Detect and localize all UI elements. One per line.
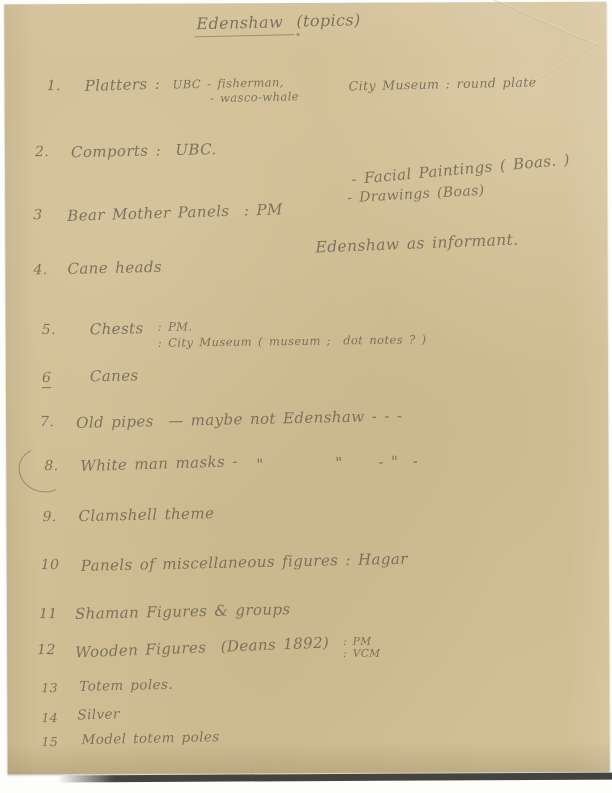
list-item: Totem poles.: [79, 677, 173, 695]
underlined-number: 6: [42, 370, 51, 388]
item-number: 10: [41, 557, 60, 573]
item-number: 6: [42, 370, 51, 386]
item-number: 13: [41, 680, 58, 695]
list-item: Silver: [77, 706, 120, 723]
list-item: Bear Mother Panels : PM: [67, 200, 283, 225]
item-number: 7.: [40, 414, 54, 430]
item-note: : PM: [343, 636, 371, 648]
page-title: Edenshaw: [196, 12, 283, 33]
item-note: - wasco-whale: [210, 89, 299, 105]
list-item: Shaman Figures & groups: [75, 600, 291, 623]
list-item: Clamshell theme: [78, 504, 214, 525]
scanned-page: Edenshaw (topics) 1. Platters : UBC - fi…: [0, 0, 612, 793]
list-item: White man masks -: [80, 452, 238, 475]
item-number: 5.: [42, 322, 56, 338]
list-item: Comports : UBC.: [71, 140, 217, 161]
side-note-informant: Edenshaw as informant.: [315, 231, 519, 257]
item-number: 4.: [33, 262, 47, 278]
item-number: 1.: [47, 78, 61, 94]
item-note: : PM.: [158, 319, 193, 333]
paper-sheet: Edenshaw (topics) 1. Platters : UBC - fi…: [4, 2, 609, 775]
title-underline-dot: [296, 33, 299, 36]
item-number: 15: [42, 734, 59, 749]
list-item: Wooden Figures (Deans 1892): [75, 633, 330, 661]
list-item: Model totem poles: [81, 729, 219, 748]
list-item: Old pipes — maybe not Edenshaw - - -: [76, 407, 403, 432]
item-number: 8.: [44, 458, 58, 474]
circle-annotation: [13, 442, 74, 499]
title-underline: [194, 34, 294, 37]
crease-mark: [487, 0, 598, 46]
item-note: : VCM: [343, 648, 380, 660]
scan-shadow: [58, 773, 612, 783]
list-item: Platters :: [84, 75, 160, 95]
item-number: 3: [33, 207, 42, 223]
page-title-topics: (topics): [296, 10, 361, 30]
list-item: Chests: [90, 319, 144, 338]
list-item: Cane heads: [67, 258, 162, 278]
item-number: 11: [39, 606, 58, 622]
item-number: 9.: [43, 509, 57, 525]
crease-mark: [530, 42, 600, 84]
ditto-marks: " " - " -: [256, 452, 418, 474]
item-note: : City Museum ( museum ; dot notes ? ): [158, 332, 427, 350]
list-item: Panels of miscellaneous figures : Hagar: [81, 550, 408, 575]
item-number: 2.: [35, 144, 49, 160]
item-number: 12: [37, 642, 56, 658]
item-number: 14: [41, 710, 58, 725]
side-note-facial-paintings: - Facial Paintings ( Boas. ): [351, 150, 571, 188]
item-side-note: City Museum : round plate: [349, 74, 537, 93]
list-item: Canes: [90, 366, 139, 385]
